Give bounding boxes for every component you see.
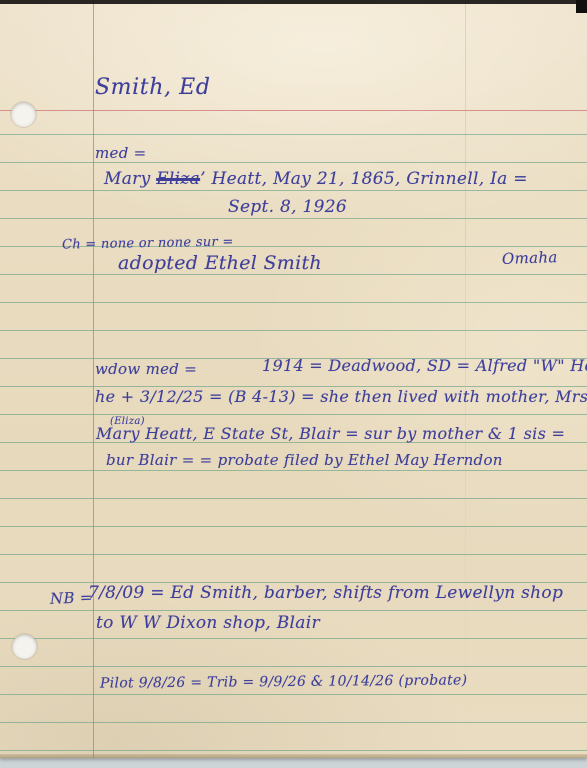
- place-note: Omaha: [502, 250, 558, 268]
- widow-remarriage-line: 1914 = Deadwood, SD = Alfred "W" Hester: [262, 358, 587, 375]
- spouse-struck-word: Eliza: [156, 169, 200, 189]
- hole-punch-top: [11, 102, 36, 127]
- red-margin-rule: [93, 0, 94, 758]
- widow-married-label: wdow med =: [95, 362, 197, 378]
- married-label: med =: [95, 146, 147, 162]
- nb-line-1: 7/8/09 = Ed Smith, barber, shifts from L…: [88, 585, 563, 603]
- adopted-note: adopted Ethel Smith: [118, 254, 322, 274]
- newspaper-sources-line: Pilot 9/8/26 = Trib = 9/9/26 & 10/14/26 …: [100, 673, 467, 691]
- scan-edge-top: [0, 0, 587, 4]
- scanned-note-page: Smith, Ed med = Mary Eliza’ Heatt, May 2…: [0, 0, 587, 768]
- paper-crease: [465, 0, 466, 758]
- hole-punch-bottom: [12, 634, 37, 659]
- nb-label: NB =: [50, 590, 93, 607]
- spouse-line: Mary Eliza’ Heatt, May 21, 1865, Grinnel…: [104, 171, 528, 189]
- husband-death-line: he + 3/12/25 = (B 4-13) = she then lived…: [95, 389, 587, 406]
- spouse-death-date: Sept. 8, 1926: [228, 199, 347, 217]
- scan-edge-corner: [576, 0, 587, 13]
- paper-bottom-edge: [0, 754, 587, 758]
- entry-title: Smith, Ed: [95, 76, 211, 99]
- spouse-name-part: Mary: [104, 169, 156, 189]
- red-head-rule: [0, 110, 587, 111]
- spouse-dates-part: ’ Heatt, May 21, 1865, Grinnell, Ia =: [200, 169, 528, 189]
- burial-probate-line: bur Blair = = probate filed by Ethel May…: [106, 453, 503, 469]
- ruled-lines: [0, 134, 587, 754]
- children-note: Ch = none or none sur =: [62, 236, 234, 253]
- mother-line: Mary Heatt, E State St, Blair = sur by m…: [96, 426, 565, 443]
- nb-line-2: to W W Dixon shop, Blair: [96, 615, 320, 633]
